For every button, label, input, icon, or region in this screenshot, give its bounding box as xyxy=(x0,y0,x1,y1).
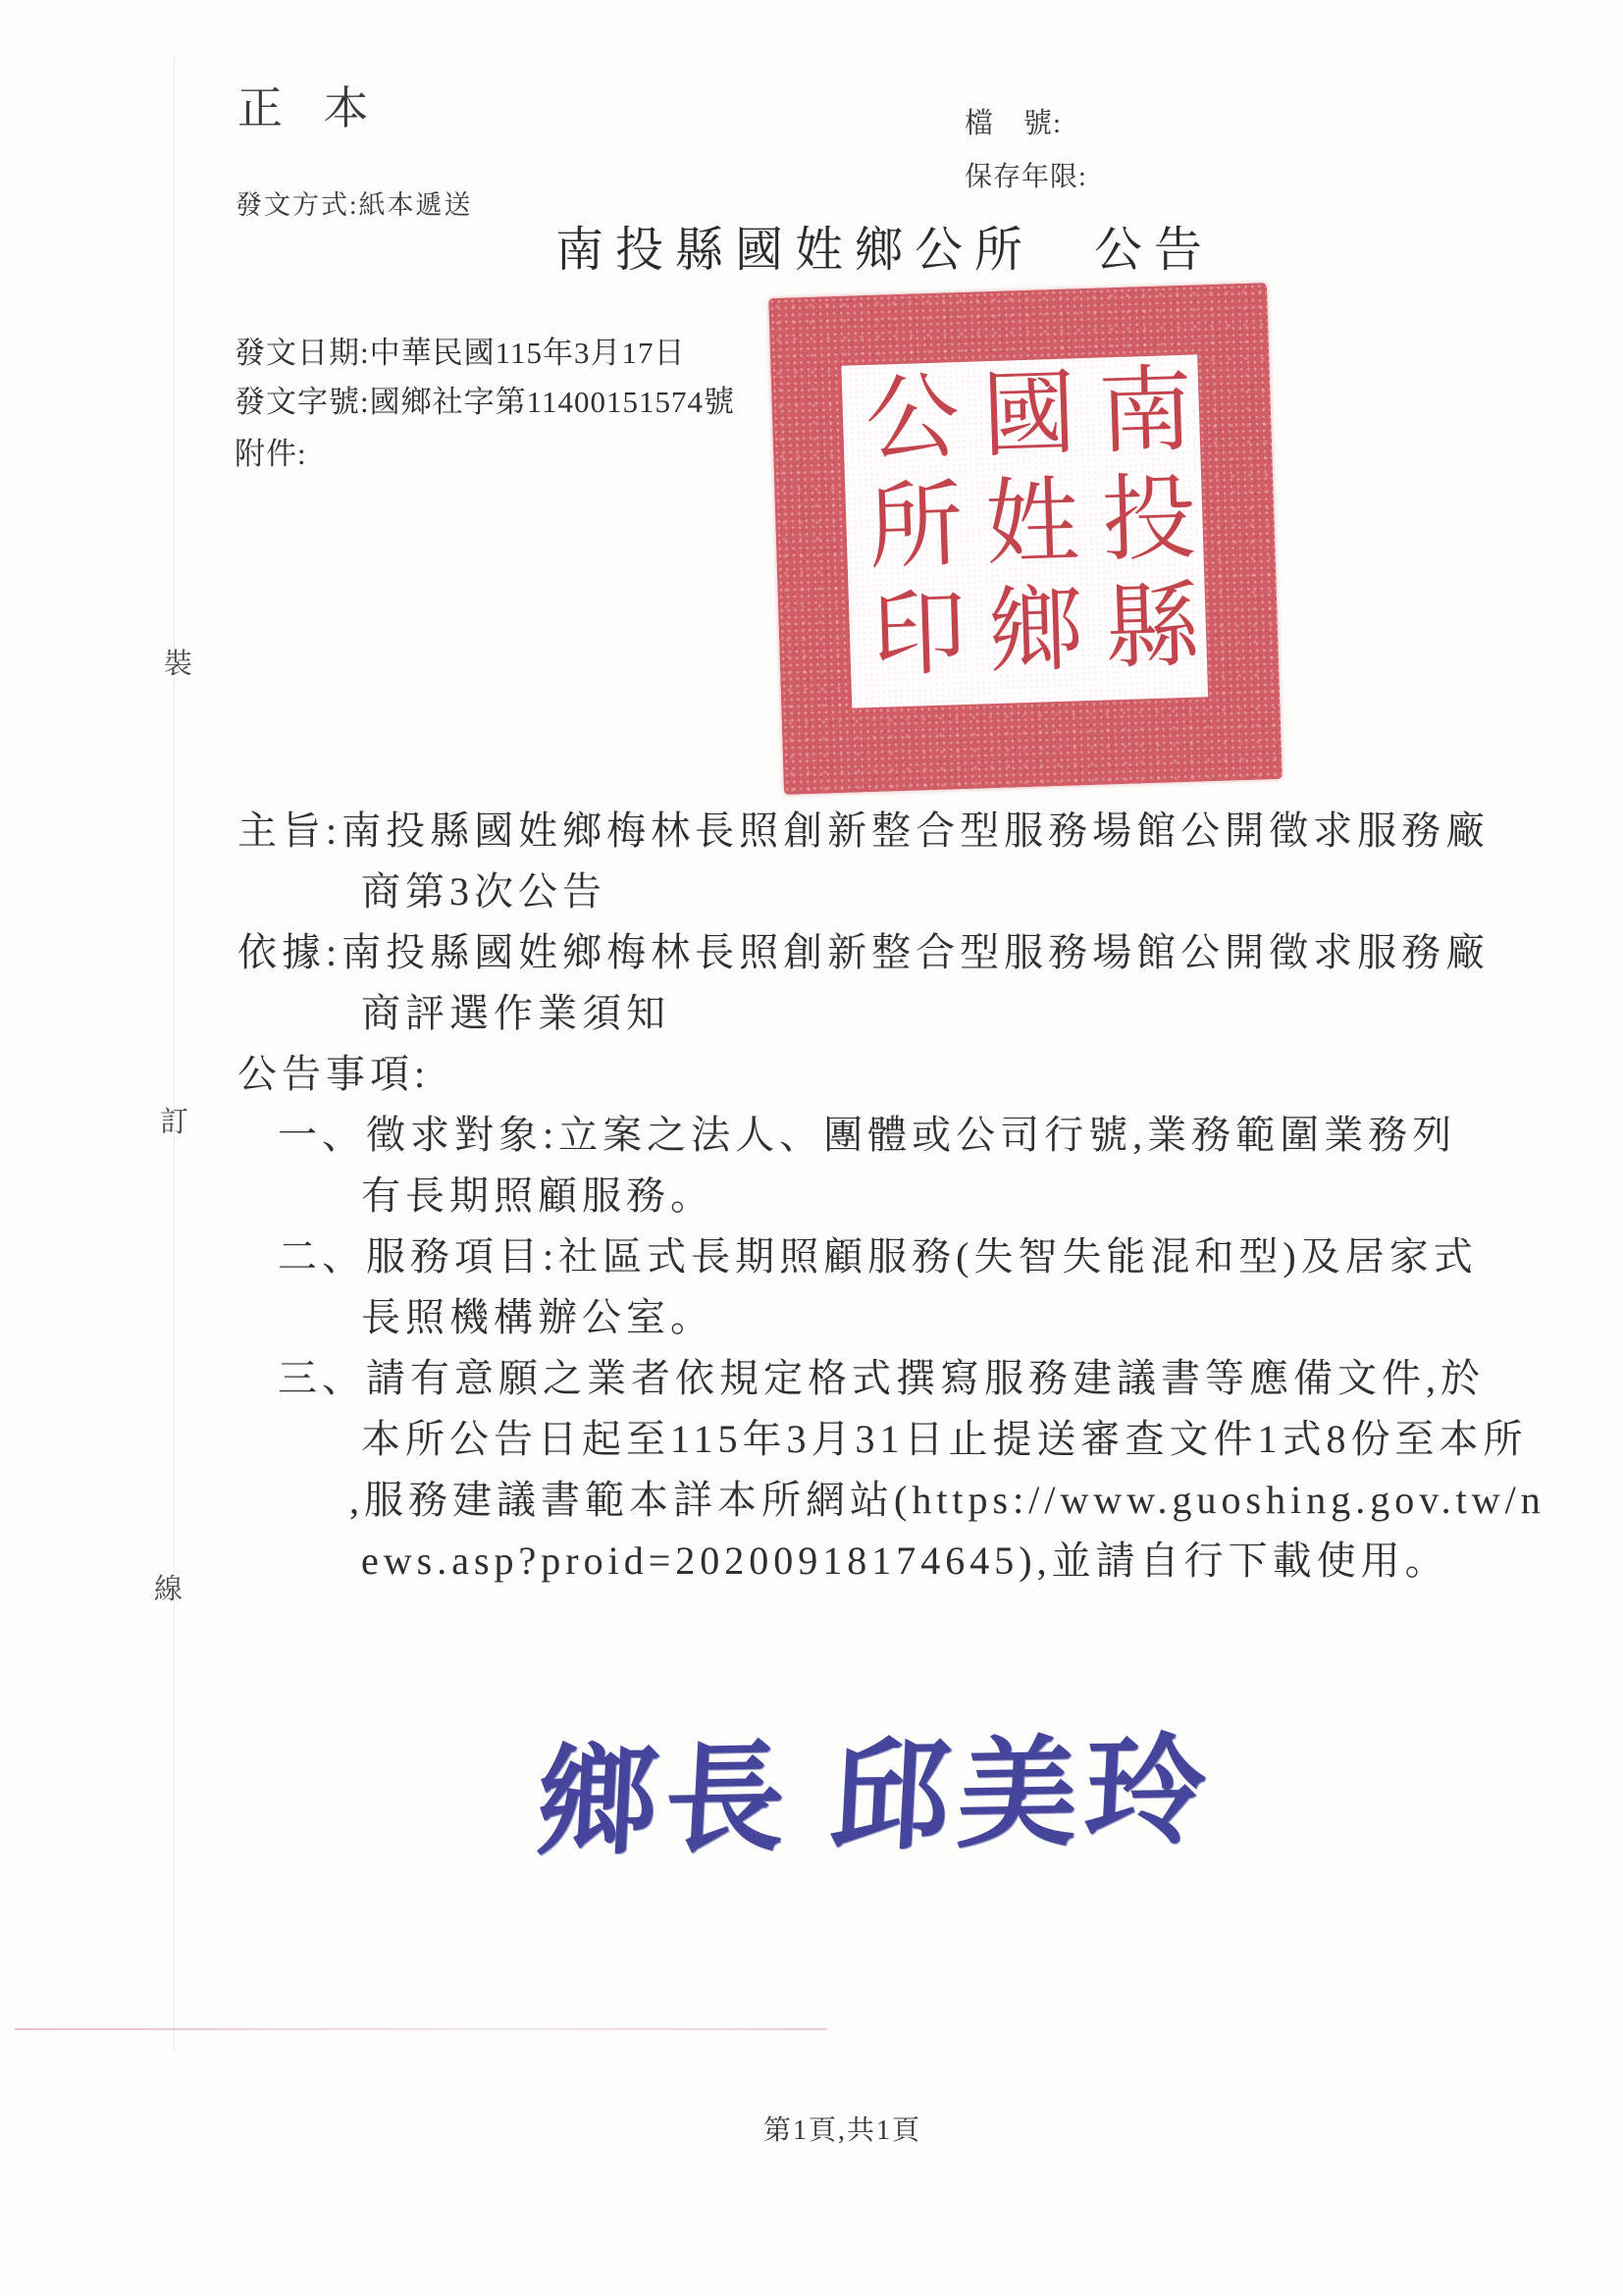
signature-title: 鄉長 xyxy=(534,1733,796,1870)
body-line-item3: 三、請有意願之業者依規定格式撰寫服務建議書等應備文件,於 xyxy=(278,1359,1485,1398)
binding-mark-ding: 訂 xyxy=(160,1109,188,1137)
page-number-info: 第1頁,共1頁 xyxy=(763,2117,921,2145)
body-line-subject: 主旨:南投縣國姓鄉梅林長照創新整合型服務場館公開徵求服務廠 xyxy=(237,811,1490,851)
binding-mark-zhuang: 裝 xyxy=(164,651,192,679)
body-line-item1: 一、徵求對象:立案之法人、團體或公司行號,業務範圍業務列 xyxy=(278,1116,1456,1155)
body-line-basis-cont: 商評選作業須知 xyxy=(361,994,670,1033)
signature-name: 邱美玲 xyxy=(826,1726,1216,1865)
body-line-item3-cont2: ,服務建議書範本詳本所網站(https://www.guoshing.gov.t… xyxy=(349,1481,1545,1520)
seal-column-right: 南投縣 xyxy=(1080,359,1202,697)
mayor-signature: 鄉長邱美玲 xyxy=(534,1733,1216,1864)
attachment-label: 附件: xyxy=(235,439,307,469)
body-line-matters-header: 公告事項: xyxy=(237,1055,430,1094)
binding-fold-line xyxy=(174,59,175,2051)
copy-type-label: 正 本 xyxy=(237,86,373,131)
body-line-item2-cont: 長照機構辦公室。 xyxy=(361,1298,714,1337)
delivery-method-label: 發文方式:紙本遞送 xyxy=(236,192,473,219)
seal-inner-face: 南投縣 國姓鄉 公所印 xyxy=(841,354,1208,707)
issue-date: 發文日期:中華民國115年3月17日 xyxy=(235,338,685,368)
body-line-item3-cont3: ews.asp?proid=20200918174645),並請自行下載使用。 xyxy=(361,1541,1449,1581)
seal-column-left: 公所印 xyxy=(847,366,969,704)
body-line-subject-cont: 商第3次公告 xyxy=(361,872,606,912)
document-number: 發文字號:國鄉社字第11400151574號 xyxy=(235,387,735,417)
binding-mark-xian: 線 xyxy=(154,1576,183,1604)
body-line-item1-cont: 有長期照顧服務。 xyxy=(361,1176,714,1216)
body-line-basis: 依據:南投縣國姓鄉梅林長照創新整合型服務場館公開徵求服務廠 xyxy=(237,933,1490,972)
official-seal-stamp: 南投縣 國姓鄉 公所印 xyxy=(768,283,1283,795)
document-title: 南投縣國姓鄉公所 公告 xyxy=(555,226,1214,274)
body-line-item3-cont1: 本所公告日起至115年3月31日止提送審查文件1式8份至本所 xyxy=(361,1420,1528,1459)
scanned-official-document: 正 本 發文方式:紙本遞送 檔 號: 保存年限: 南投縣國姓鄉公所 公告 發文日… xyxy=(0,0,1623,2296)
scan-artifact-line xyxy=(15,2028,827,2030)
body-line-item2: 二、服務項目:社區式長期照顧服務(失智失能混和型)及居家式 xyxy=(278,1237,1478,1277)
seal-column-middle: 國姓鄉 xyxy=(964,362,1085,700)
retention-period-label: 保存年限: xyxy=(965,164,1087,191)
file-number-label: 檔 號: xyxy=(965,110,1062,138)
